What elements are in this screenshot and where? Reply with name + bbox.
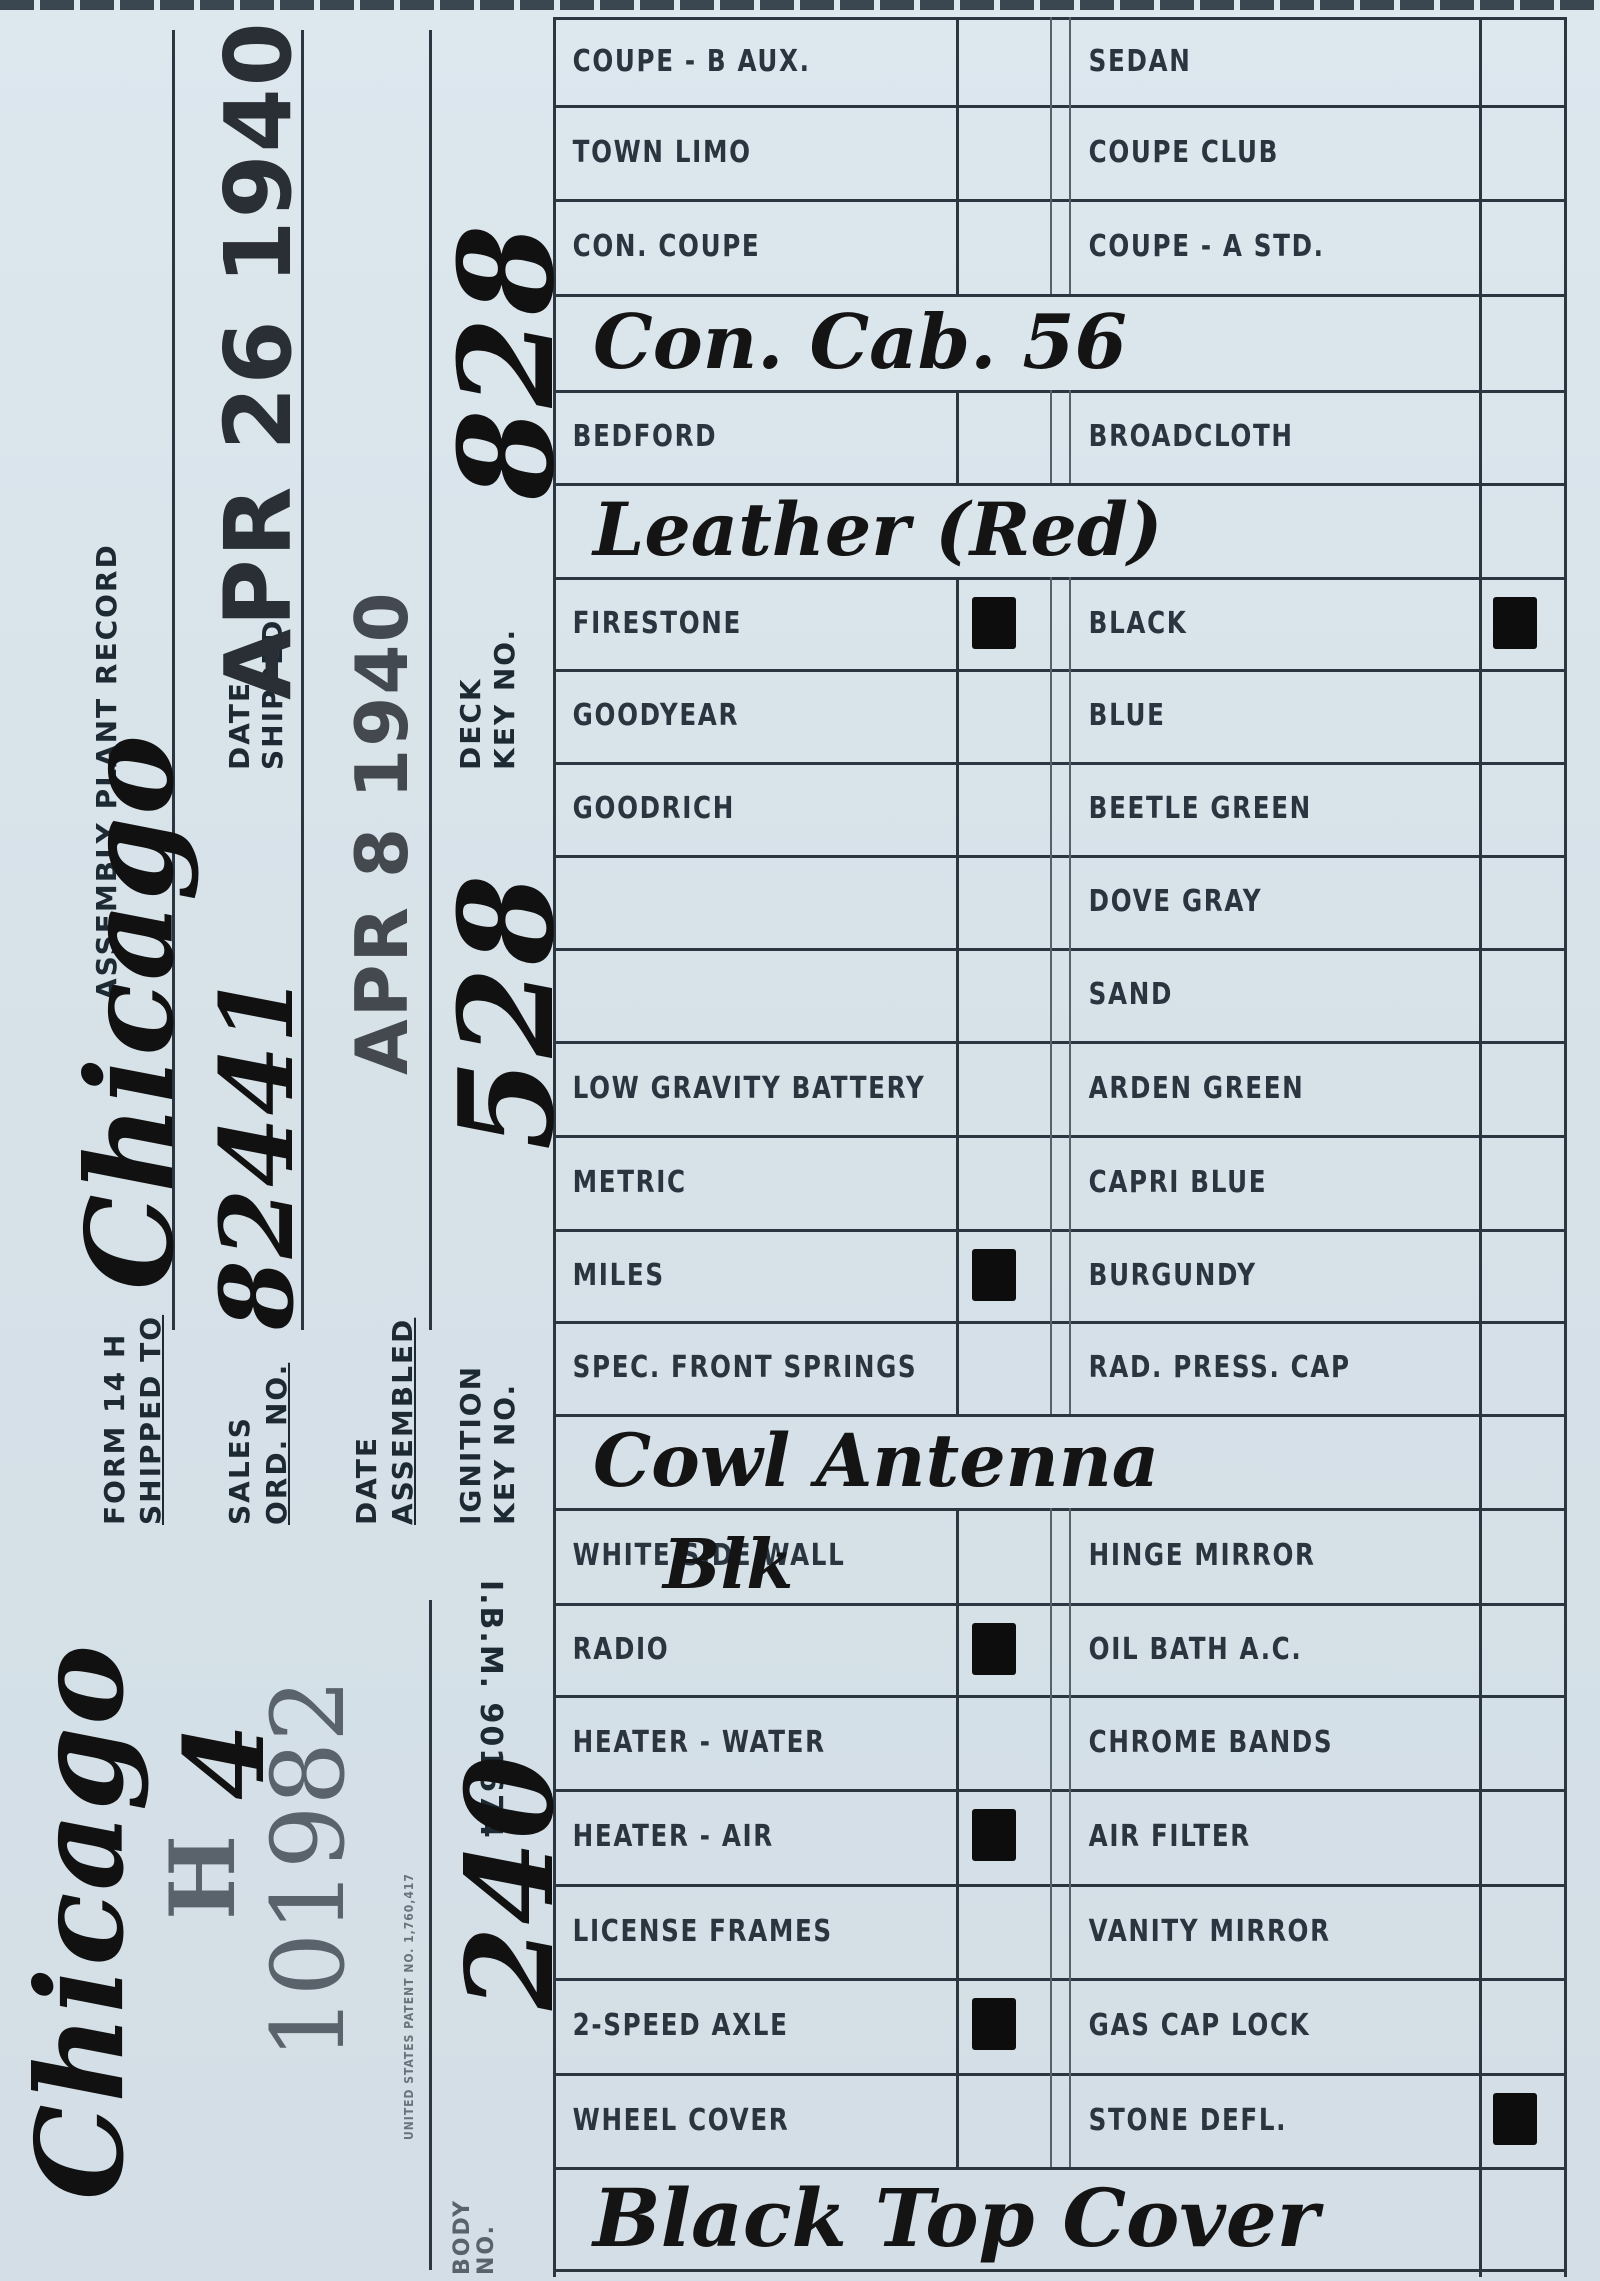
option-label-left: 2-SPEED AXLE xyxy=(553,1978,956,2073)
option-checkbox-right[interactable] xyxy=(1482,1324,1564,1414)
handwritten-city: Chicago xyxy=(10,1643,151,2200)
divider xyxy=(1050,855,1052,948)
option-checkbox-right[interactable] xyxy=(1482,1511,1564,1603)
option-checkbox-right[interactable] xyxy=(1482,1044,1564,1135)
option-checkbox-left[interactable] xyxy=(959,765,1050,855)
check-mark-icon xyxy=(1493,597,1537,649)
option-checkbox-right[interactable] xyxy=(1482,393,1564,483)
option-label-right: SAND xyxy=(1069,948,1479,1041)
option-checkbox-left[interactable] xyxy=(959,951,1050,1041)
divider xyxy=(1050,948,1052,1041)
option-label-right: OIL BATH A.C. xyxy=(1069,1603,1479,1695)
option-checkbox-right[interactable] xyxy=(1482,1887,1564,1978)
divider xyxy=(1564,17,1567,2277)
option-checkbox-right[interactable] xyxy=(1482,108,1564,199)
option-label-right: AIR FILTER xyxy=(1069,1789,1479,1884)
check-mark-icon xyxy=(972,597,1016,649)
shipped-to-label: SHIPPED TO xyxy=(136,1315,166,1525)
option-label-left: METRIC xyxy=(553,1135,956,1229)
option-checkbox-right[interactable] xyxy=(1482,1698,1564,1789)
option-label-left xyxy=(553,855,956,948)
option-checkbox-left[interactable] xyxy=(959,393,1050,483)
option-label-left: WHEEL COVER xyxy=(553,2073,956,2167)
option-checkbox-left[interactable] xyxy=(959,672,1050,762)
handwritten-entry: Con. Cab. 56 xyxy=(593,294,1127,390)
option-checkbox-left[interactable] xyxy=(959,108,1050,199)
option-label-right: SEDAN xyxy=(1069,17,1479,105)
option-checkbox-right[interactable] xyxy=(1482,1792,1564,1884)
deck-key-label-1: DECK xyxy=(456,677,486,770)
handwritten-annotation: Blk xyxy=(663,1518,793,1613)
option-label-left: GOODRICH xyxy=(553,762,956,855)
check-mark-icon xyxy=(972,1809,1016,1861)
option-checkbox-left[interactable] xyxy=(959,1511,1050,1603)
option-label-right: HINGE MIRROR xyxy=(1069,1508,1479,1603)
date-assembled-stamp: APR 8 1940 xyxy=(340,590,424,1075)
body-no-label-2: NO. xyxy=(472,2224,502,2275)
date-assembled-label-2: ASSEMBLED xyxy=(388,1318,418,1525)
divider xyxy=(1050,199,1052,294)
option-label-left: RADIO xyxy=(553,1603,956,1695)
sales-ord-label-1: SALES xyxy=(225,1416,255,1525)
option-label-right: VANITY MIRROR xyxy=(1069,1884,1479,1978)
divider xyxy=(1050,1978,1052,2073)
divider xyxy=(1050,1603,1052,1695)
divider xyxy=(1050,1789,1052,1884)
option-checkbox-right[interactable] xyxy=(1482,1232,1564,1321)
divider xyxy=(1050,1508,1052,1603)
check-mark-icon xyxy=(972,1249,1016,1301)
option-checkbox-left[interactable] xyxy=(959,1044,1050,1135)
divider xyxy=(1050,577,1052,669)
option-label-right: GAS CAP LOCK xyxy=(1069,1978,1479,2073)
option-label-left: FIRESTONE xyxy=(553,577,956,669)
option-label-left: HEATER - AIR xyxy=(553,1789,956,1884)
deck-key-label-2: KEY NO. xyxy=(490,628,520,770)
option-checkbox-left[interactable] xyxy=(959,202,1050,294)
option-checkbox-right[interactable] xyxy=(1482,1981,1564,2073)
divider xyxy=(1050,2073,1052,2167)
option-label-right: STONE DEFL. xyxy=(1069,2073,1479,2167)
sales-ord-label-2: ORD. NO. xyxy=(262,1363,292,1525)
date-shipped-stamp: APR 26 1940 xyxy=(205,20,312,700)
date-assembled-label-1: DATE xyxy=(352,1436,382,1525)
form-number: FORM 14 H xyxy=(100,1333,130,1525)
divider xyxy=(1050,1229,1052,1321)
option-checkbox-right[interactable] xyxy=(1482,951,1564,1041)
option-label-right: CHROME BANDS xyxy=(1069,1695,1479,1789)
handwritten-entry: Leather (Red) xyxy=(593,483,1162,577)
divider xyxy=(1050,105,1052,199)
option-label-left: MILES xyxy=(553,1229,956,1321)
option-label-left: COUPE - B AUX. xyxy=(553,17,956,105)
divider xyxy=(429,1600,432,2270)
check-mark-icon xyxy=(1493,2093,1537,2145)
option-label-left: CON. COUPE xyxy=(553,199,956,294)
option-checkbox-right[interactable] xyxy=(1482,672,1564,762)
divider xyxy=(1050,1884,1052,1978)
stamp-serial: 101982 xyxy=(250,1678,367,2060)
perforated-edge xyxy=(0,0,1600,10)
option-label-left xyxy=(553,948,956,1041)
option-label-right: BROADCLOTH xyxy=(1069,390,1479,483)
option-checkbox-right[interactable] xyxy=(1482,20,1564,105)
option-checkbox-left[interactable] xyxy=(959,1887,1050,1978)
option-label-left: BEDFORD xyxy=(553,390,956,483)
option-checkbox-left[interactable] xyxy=(959,1698,1050,1789)
divider xyxy=(1050,1135,1052,1229)
stamp-series: H xyxy=(150,1833,256,1920)
option-checkbox-right[interactable] xyxy=(1482,765,1564,855)
divider xyxy=(1050,762,1052,855)
check-mark-icon xyxy=(972,1998,1016,2050)
option-label-right: BURGUNDY xyxy=(1069,1229,1479,1321)
option-label-right: BLACK xyxy=(1069,577,1479,669)
option-checkbox-left[interactable] xyxy=(959,858,1050,948)
option-checkbox-left[interactable] xyxy=(959,1324,1050,1414)
handwritten-entry: Cowl Antenna xyxy=(593,1414,1159,1508)
option-checkbox-left[interactable] xyxy=(959,20,1050,105)
option-label-left: HEATER - WATER xyxy=(553,1695,956,1789)
option-label-left: GOODYEAR xyxy=(553,669,956,762)
divider xyxy=(1050,1321,1052,1414)
option-checkbox-left[interactable] xyxy=(959,1138,1050,1229)
option-label-right: CAPRI BLUE xyxy=(1069,1135,1479,1229)
option-checkbox-right[interactable] xyxy=(1482,858,1564,948)
row-divider xyxy=(553,2269,1567,2272)
divider xyxy=(1050,669,1052,762)
check-mark-icon xyxy=(972,1623,1016,1675)
option-label-right: COUPE CLUB xyxy=(1069,105,1479,199)
divider xyxy=(1050,1695,1052,1789)
option-label-right: COUPE - A STD. xyxy=(1069,199,1479,294)
divider xyxy=(1050,17,1052,105)
option-label-left: SPEC. FRONT SPRINGS xyxy=(553,1321,956,1414)
option-checkbox-right[interactable] xyxy=(1482,1138,1564,1229)
patent-number: UNITED STATES PATENT NO. 1,760,417 xyxy=(402,1873,416,2140)
divider xyxy=(1050,1041,1052,1135)
option-label-left: LICENSE FRAMES xyxy=(553,1884,956,1978)
divider xyxy=(1050,390,1052,483)
option-label-left: TOWN LIMO xyxy=(553,105,956,199)
option-label-right: DOVE GRAY xyxy=(1069,855,1479,948)
shipped-to-value: Chicago xyxy=(60,733,201,1290)
option-label-right: ARDEN GREEN xyxy=(1069,1041,1479,1135)
option-label-left: LOW GRAVITY BATTERY xyxy=(553,1041,956,1135)
ignition-key-label-1: IGNITION xyxy=(456,1365,486,1525)
option-checkbox-right[interactable] xyxy=(1482,202,1564,294)
option-checkbox-right[interactable] xyxy=(1482,1606,1564,1695)
assembly-plant-record-card: ASSEMBLY PLANT RECORD FORM 14 H SHIPPED … xyxy=(0,0,1600,2281)
ignition-key-label-2: KEY NO. xyxy=(490,1383,520,1525)
option-label-right: BEETLE GREEN xyxy=(1069,762,1479,855)
handwritten-entry: Black Top Cover xyxy=(593,2167,1319,2269)
option-label-right: RAD. PRESS. CAP xyxy=(1069,1321,1479,1414)
option-checkbox-left[interactable] xyxy=(959,2076,1050,2167)
sales-ord-value: 82441 xyxy=(198,972,316,1330)
option-label-right: BLUE xyxy=(1069,669,1479,762)
